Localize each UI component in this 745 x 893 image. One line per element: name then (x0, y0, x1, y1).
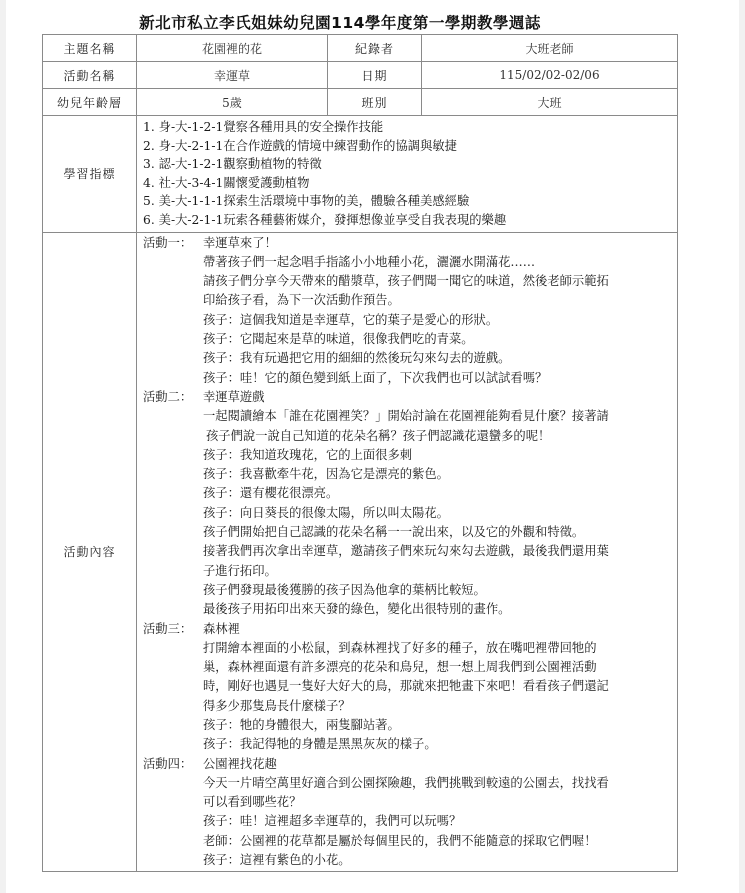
activity-2-line: 孩子們開始把自己認識的花朵名稱一一說出來，以及它的外觀和特徵。 (143, 523, 677, 542)
activity-2-line: 孩子：我喜歡牽牛花，因為它是漂亮的紫色。 (143, 465, 677, 484)
age-group-value: 5歲 (137, 89, 328, 116)
activity-4-label: 活動四： (143, 755, 203, 774)
age-group-label: 幼兒年齡層 (43, 89, 137, 116)
activity-3-line: 得多少那隻鳥長什麼樣子？ (143, 697, 677, 716)
indicator-item: 2. 身-大-2-1-1在合作遊戲的情境中練習動作的協調與敏捷 (143, 137, 677, 156)
activity-1-heading: 活動一： 幸運草來了！ (143, 234, 677, 253)
indicator-item: 3. 認-大-1-2-1觀察動植物的特徵 (143, 155, 677, 174)
activity-2-label: 活動二： (143, 388, 203, 407)
activity-1-line: 孩子：這個我知道是幸運草，它的葉子是愛心的形狀。 (143, 311, 677, 330)
indicator-item: 1. 身-大-1-2-1覺察各種用具的安全操作技能 (143, 118, 677, 137)
indicator-item: 5. 美-大-1-1-1探索生活環境中事物的美，體驗各種美感經驗 (143, 192, 677, 211)
document-title: 新北市私立李氏姐妹幼兒園114學年度第一學期教學週誌 (0, 11, 680, 33)
activity-content-row: 活動內容 活動一： 幸運草來了！ 帶著孩子們一起念唱手指謠小小地種小花，灑灑水開… (43, 232, 678, 871)
activity-3-line: 孩子：我記得牠的身體是黑黑灰灰的樣子。 (143, 735, 677, 754)
activity-4-heading: 活動四： 公園裡找花趣 (143, 755, 677, 774)
learning-indicators-row: 學習指標 1. 身-大-1-2-1覺察各種用具的安全操作技能 2. 身-大-2-… (43, 116, 678, 233)
weekly-log-table: 主題名稱 花園裡的花 紀錄者 大班老師 活動名稱 幸運草 日期 115/02/0… (42, 34, 678, 872)
activity-3-heading: 活動三： 森林裡 (143, 620, 677, 639)
activity-1-line: 孩子：哇！它的顏色變到紙上面了，下次我們也可以試試看嗎？ (143, 369, 677, 388)
activity-2-line: 一起閱讀繪本「誰在花園裡笑？」開始討論在花園裡能夠看見什麼？接著請 (143, 407, 677, 426)
activity-3-title: 森林裡 (203, 620, 240, 639)
activity-name-value: 幸運草 (137, 62, 328, 89)
activity-1-line: 請孩子們分享今天帶來的醋漿草，孩子們聞一聞它的味道，然後老師示範拓 (143, 272, 677, 291)
activity-4-line: 孩子：哇！這裡超多幸運草的，我們可以玩嗎？ (143, 812, 677, 831)
activity-content-body: 活動一： 幸運草來了！ 帶著孩子們一起念唱手指謠小小地種小花，灑灑水開滿花…… … (137, 232, 678, 871)
activity-3-line: 巢，森林裡面還有許多漂亮的花朵和鳥兒，想一想上周我們到公園裡活動 (143, 658, 677, 677)
activity-2-heading: 活動二： 幸運草遊戲 (143, 388, 677, 407)
activity-2-title: 幸運草遊戲 (203, 388, 265, 407)
activity-1-line: 印給孩子看，為下一次活動作預告。 (143, 291, 677, 310)
header-row-theme: 主題名稱 花園裡的花 紀錄者 大班老師 (43, 35, 678, 62)
activity-4-line: 可以看到哪些花？ (143, 793, 677, 812)
activity-name-label: 活動名稱 (43, 62, 137, 89)
activity-1-label: 活動一： (143, 234, 203, 253)
page-margin-right (739, 0, 745, 893)
activity-4-title: 公園裡找花趣 (203, 755, 277, 774)
theme-label: 主題名稱 (43, 35, 137, 62)
header-row-age: 幼兒年齡層 5歲 班別 大班 (43, 89, 678, 116)
activity-2-line: 孩子們說一說自己知道的花朵名稱？孩子們認識花還蠻多的呢！ (143, 427, 677, 446)
activity-3-label: 活動三： (143, 620, 203, 639)
activity-1-line: 孩子：它聞起來是草的味道，很像我們吃的青菜。 (143, 330, 677, 349)
activity-2-line: 接著我們再次拿出幸運草，邀請孩子們來玩勾來勾去遊戲，最後我們還用葉 (143, 542, 677, 561)
activity-1-title: 幸運草來了！ (203, 234, 277, 253)
class-label: 班別 (328, 89, 422, 116)
indicator-item: 6. 美-大-2-1-1玩索各種藝術媒介，發揮想像並享受自我表現的樂趣 (143, 211, 677, 230)
activity-2-line: 孩子們發現最後獲勝的孩子因為他拿的葉柄比較短。 (143, 581, 677, 600)
activity-1-line: 孩子：我有玩過把它用的細細的然後玩勾來勾去的遊戲。 (143, 349, 677, 368)
activity-2-line: 孩子：向日葵長的很像太陽，所以叫太陽花。 (143, 504, 677, 523)
activity-2-line: 孩子：還有櫻花很漂亮。 (143, 484, 677, 503)
activity-4-line: 今天一片晴空萬里好適合到公園探險趣，我們挑戰到較遠的公園去，找找看 (143, 774, 677, 793)
header-row-activity: 活動名稱 幸運草 日期 115/02/02-02/06 (43, 62, 678, 89)
activity-content-label: 活動內容 (43, 232, 137, 871)
class-value: 大班 (422, 89, 678, 116)
recorder-label: 紀錄者 (328, 35, 422, 62)
indicator-item: 4. 社-大-3-4-1關懷愛護動植物 (143, 174, 677, 193)
learning-indicators-list: 1. 身-大-1-2-1覺察各種用具的安全操作技能 2. 身-大-2-1-1在合… (137, 116, 678, 233)
theme-value: 花園裡的花 (137, 35, 328, 62)
activity-4-line: 孩子：這裡有紫色的小花。 (143, 851, 677, 870)
date-label: 日期 (328, 62, 422, 89)
activity-2-line: 子進行拓印。 (143, 562, 677, 581)
activity-2-line: 最後孩子用拓印出來天發的綠色，變化出很特別的畫作。 (143, 600, 677, 619)
activity-2-line: 孩子：我知道玫瑰花，它的上面很多刺 (143, 446, 677, 465)
recorder-value: 大班老師 (422, 35, 678, 62)
date-value: 115/02/02-02/06 (422, 62, 678, 89)
activity-4-line: 老師：公園裡的花草都是屬於每個里民的，我們不能隨意的採取它們喔！ (143, 832, 677, 851)
activity-3-line: 孩子：牠的身體很大，兩隻腳站著。 (143, 716, 677, 735)
activity-3-line: 打開繪本裡面的小松鼠，到森林裡找了好多的種子，放在嘴吧裡帶回牠的 (143, 639, 677, 658)
activity-1-line: 帶著孩子們一起念唱手指謠小小地種小花，灑灑水開滿花…… (143, 253, 677, 272)
activity-3-line: 時，剛好也遇見一隻好大好大的鳥，那就來把牠畫下來吧！看看孩子們還記 (143, 677, 677, 696)
page-margin-left (0, 0, 6, 893)
learning-indicators-label: 學習指標 (43, 116, 137, 233)
